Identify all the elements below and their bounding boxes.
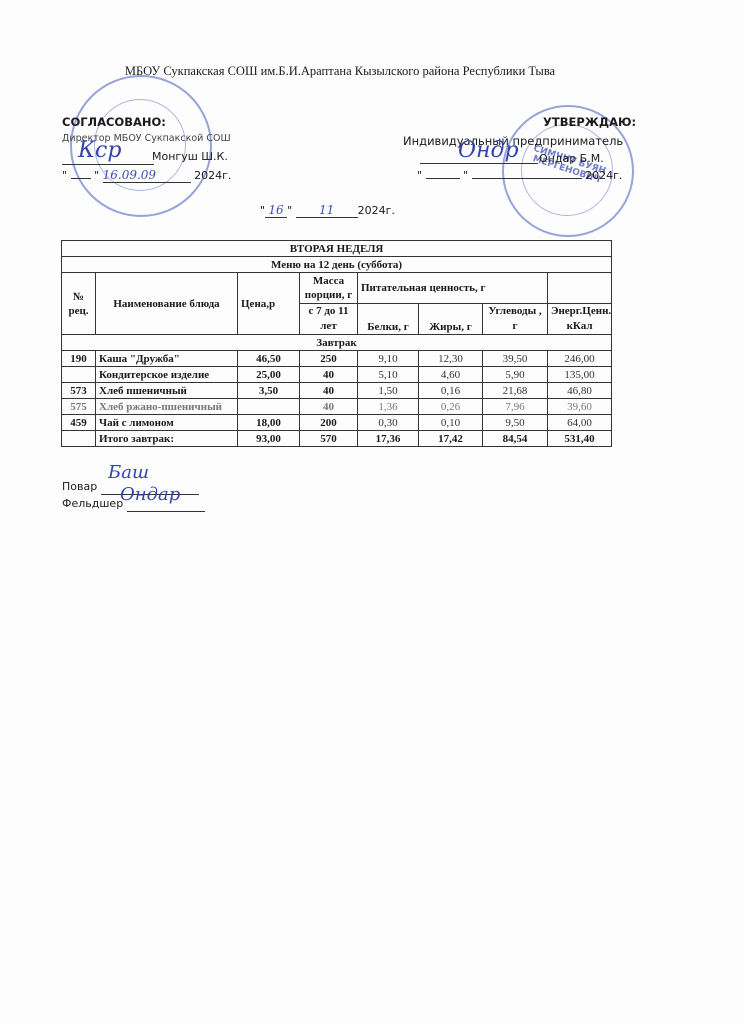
cook-label: Повар (62, 480, 97, 493)
date-day: 16 (265, 203, 287, 218)
director-date: " " 16.09.09 2024г. (62, 168, 231, 183)
cell-recipe-no: 190 (62, 351, 96, 367)
cell-proteins: 1,50 (358, 383, 419, 399)
cell-carbs: 9,50 (483, 415, 548, 431)
table-row: Кондитерское изделие25,00405,104,605,901… (62, 367, 612, 383)
cell-fats: 4,60 (419, 367, 483, 383)
date-quote-open: " (417, 169, 422, 182)
col-empty (548, 273, 612, 304)
cell-carbs: 5,90 (483, 367, 548, 383)
cell-dish-name: Кондитерское изделие (96, 367, 238, 383)
col-price: Цена,р (238, 273, 300, 335)
cell-dish-name: Хлеб ржано-пшеничный (96, 399, 238, 415)
document-date: "16" 112024г. (260, 203, 395, 218)
cell-recipe-no: 573 (62, 383, 96, 399)
cell-fats: 0,10 (419, 415, 483, 431)
cell-energy: 135,00 (548, 367, 612, 383)
cell-energy: 64,00 (548, 415, 612, 431)
date-month: 11 (296, 203, 358, 218)
cell-mass: 40 (300, 367, 358, 383)
cell-recipe-no: 459 (62, 415, 96, 431)
table-row: 459Чай с лимоном18,002000,300,109,5064,0… (62, 415, 612, 431)
col-energy: Энерг.Ценн., кКал (548, 304, 612, 335)
cell-recipe-no: 575 (62, 399, 96, 415)
col-portion-mass: Масса порции, г (300, 273, 358, 304)
total-fats: 17,42 (419, 431, 483, 447)
meal-title: Завтрак (62, 335, 612, 351)
director-name: Монгуш Ш.К. (152, 150, 228, 163)
cell-carbs: 39,50 (483, 351, 548, 367)
cell-proteins: 9,10 (358, 351, 419, 367)
cell-price: 25,00 (238, 367, 300, 383)
total-proteins: 17,36 (358, 431, 419, 447)
total-recipe (62, 431, 96, 447)
date-day-blank (71, 178, 91, 179)
director-signature-line (62, 164, 154, 165)
date-quote-close: " (463, 169, 468, 182)
total-label: Итого завтрак: (96, 431, 238, 447)
cell-fats: 0,16 (419, 383, 483, 399)
col-recipe-no: № рец. (62, 273, 96, 335)
menu-table: ВТОРАЯ НЕДЕЛЯ Меню на 12 день (суббота) … (61, 240, 612, 447)
date-month-blank (472, 178, 582, 179)
col-nutrition: Питательная ценность, г (358, 273, 548, 304)
cell-mass: 40 (300, 383, 358, 399)
cook-handwriting: Баш (108, 462, 149, 483)
col-carbs: Углеводы , г (483, 304, 548, 335)
day-title: Меню на 12 день (суббота) (62, 257, 612, 273)
cell-proteins: 1,36 (358, 399, 419, 415)
approve-heading: УТВЕРЖДАЮ: (543, 115, 636, 129)
cell-fats: 0,26 (419, 399, 483, 415)
table-row: 190Каша "Дружба"46,502509,1012,3039,5024… (62, 351, 612, 367)
entrepreneur-signature-line (420, 163, 538, 164)
col-dish-name: Наименование блюда (96, 273, 238, 335)
cell-energy: 46,80 (548, 383, 612, 399)
cell-dish-name: Чай с лимоном (96, 415, 238, 431)
director-signature: Кср (78, 138, 121, 163)
week-title: ВТОРАЯ НЕДЕЛЯ (62, 241, 612, 257)
date-quote-close: " (94, 169, 99, 182)
director-handwritten-date: 16.09.09 (103, 168, 191, 183)
medic-handwriting: Ондар (120, 484, 180, 505)
cell-price: 3,50 (238, 383, 300, 399)
cell-dish-name: Хлеб пшеничный (96, 383, 238, 399)
cell-proteins: 5,10 (358, 367, 419, 383)
table-row: 575Хлеб ржано-пшеничный401,360,267,9639,… (62, 399, 612, 415)
entrepreneur-name: Ондар Б.М. (539, 152, 604, 165)
cell-carbs: 21,68 (483, 383, 548, 399)
entrepreneur-date: " " 2024г. (417, 169, 622, 182)
col-fats: Жиры, г (419, 304, 483, 335)
col-portion-age: с 7 до 11 лет (300, 304, 358, 335)
total-carbs: 84,54 (483, 431, 548, 447)
date-year: 2024г. (194, 169, 231, 182)
cell-energy: 39,60 (548, 399, 612, 415)
cell-mass: 250 (300, 351, 358, 367)
cell-proteins: 0,30 (358, 415, 419, 431)
date-quote-open: " (62, 169, 71, 182)
total-mass: 570 (300, 431, 358, 447)
cell-recipe-no (62, 367, 96, 383)
entrepreneur-signature: Ондр (458, 138, 519, 163)
cell-energy: 246,00 (548, 351, 612, 367)
cell-carbs: 7,96 (483, 399, 548, 415)
date-year: 2024г. (585, 169, 622, 182)
table-row: 573Хлеб пшеничный3,50401,500,1621,6846,8… (62, 383, 612, 399)
cell-price: 18,00 (238, 415, 300, 431)
organization-title: МБОУ Сукпакская СОШ им.Б.И.Араптана Кызы… (0, 64, 680, 79)
agreed-heading: СОГЛАСОВАНО: (62, 115, 166, 129)
cell-mass: 40 (300, 399, 358, 415)
total-price: 93,00 (238, 431, 300, 447)
date-day-blank (426, 178, 460, 179)
cell-price: 46,50 (238, 351, 300, 367)
cell-fats: 12,30 (419, 351, 483, 367)
date-year: 2024г. (358, 204, 395, 217)
cell-dish-name: Каша "Дружба" (96, 351, 238, 367)
cell-mass: 200 (300, 415, 358, 431)
medic-label: Фельдшер (62, 497, 123, 510)
col-proteins: Белки, г (358, 304, 419, 335)
cell-price (238, 399, 300, 415)
total-energy: 531,40 (548, 431, 612, 447)
